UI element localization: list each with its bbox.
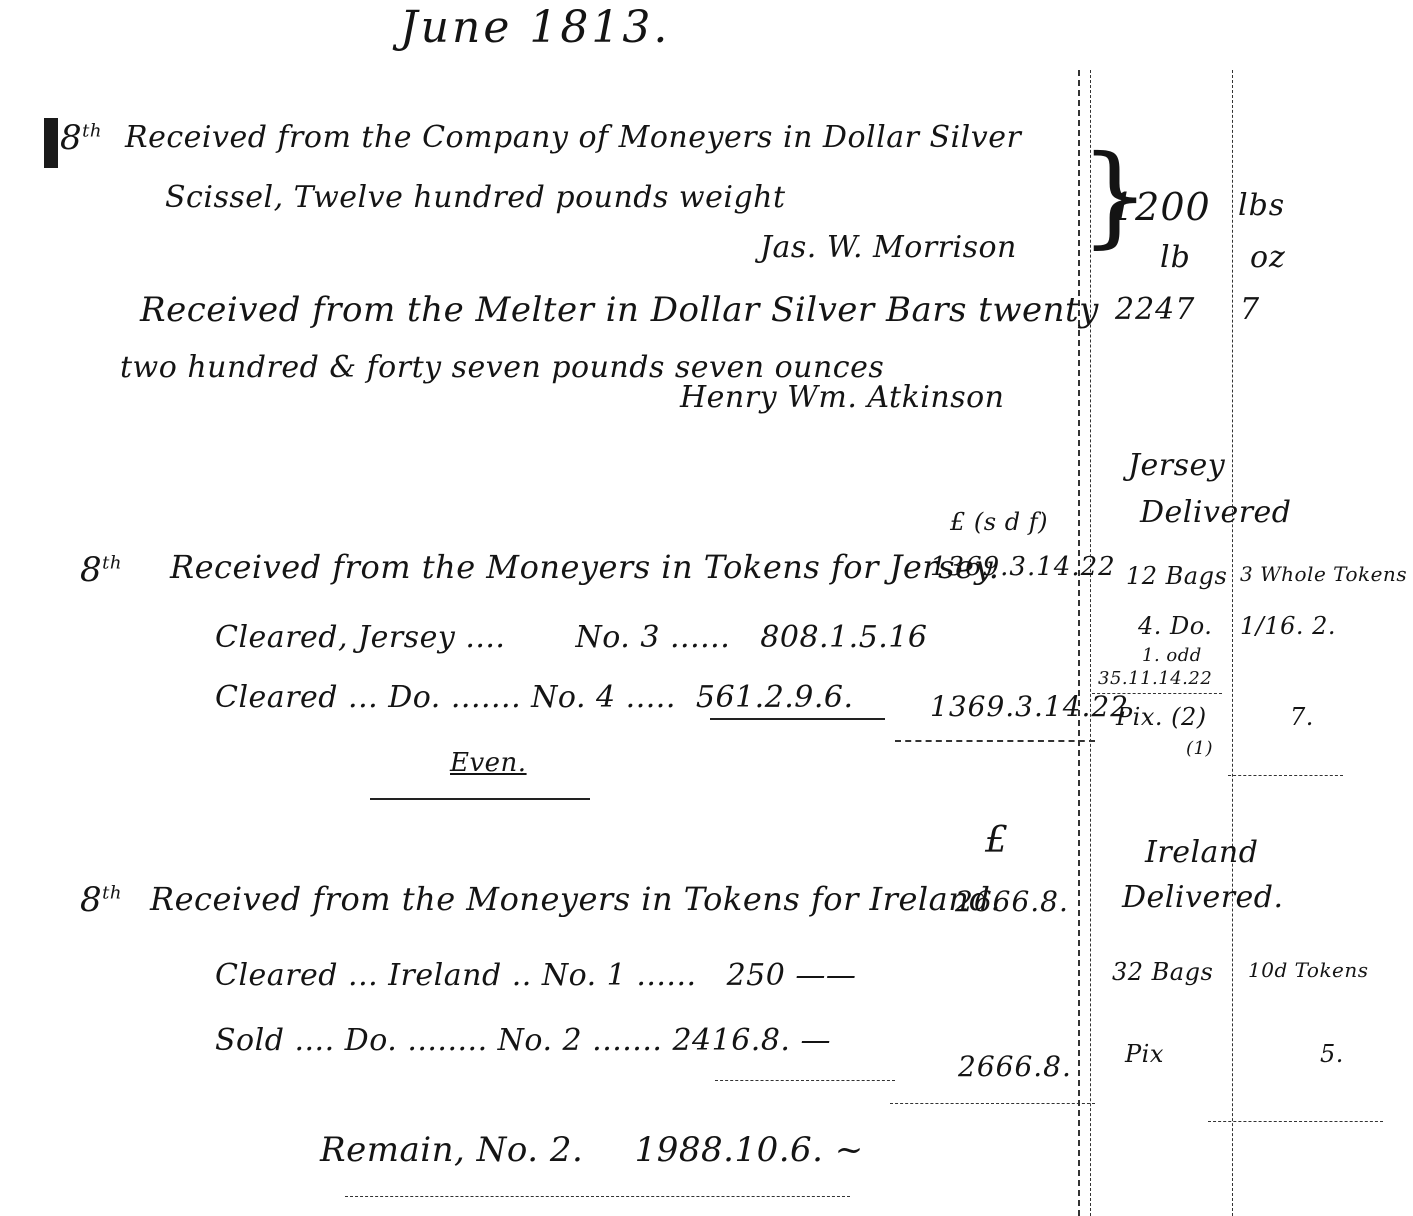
entry-1-line-2: Scissel, Twelve hundred pounds weight	[165, 180, 786, 215]
entry-3-date: 8th	[80, 550, 122, 590]
entry-4-heading: Received from the Moneyers in Tokens for…	[150, 880, 1001, 918]
entry-3-amount: 1369.3.14.22	[930, 552, 1116, 582]
page-title: June 1813.	[400, 2, 670, 53]
entry-4-amount: 2666.8.	[955, 885, 1069, 918]
ireland-col-header-2: Delivered.	[1122, 880, 1284, 915]
entry-3-heading: Received from the Moneyers in Tokens for…	[170, 548, 999, 586]
jersey-row-2-right: 1/16. 2.	[1240, 612, 1336, 640]
ireland-row-1-right: 10d Tokens	[1248, 958, 1369, 982]
binding-mark	[44, 118, 58, 168]
entry-2-unit-lb: lb	[1160, 240, 1191, 275]
entry-2-line-1: Received from the Melter in Dollar Silve…	[140, 290, 1099, 330]
entry-4-currency-mark: £	[985, 820, 1008, 861]
entry-2-unit-oz: oz	[1250, 240, 1286, 275]
entry-3-item-1: Cleared, Jersey .... No. 3 ...... 808.1.…	[215, 620, 915, 655]
entry-3-note: Even.	[450, 748, 527, 778]
jersey-row-1-left: 12 Bags	[1126, 562, 1227, 590]
ireland-close-rule	[1208, 1121, 1383, 1122]
entry-2-amount-oz: 7	[1240, 292, 1260, 327]
entry-1-unit: lbs	[1238, 188, 1285, 223]
ireland-row-1-left: 32 Bags	[1112, 958, 1213, 986]
entry-3-total-rule	[895, 740, 1095, 742]
entry-3-subtotal-rule	[710, 718, 885, 720]
jersey-row-4-left: 35.11.14.22	[1098, 668, 1212, 689]
entry-3-total: 1369.3.14.22	[930, 690, 1129, 723]
jersey-row-3-left: 1. odd	[1142, 645, 1202, 666]
entry-4-item-2: Sold .... Do. ........ No. 2 ....... 241…	[215, 1023, 915, 1058]
jersey-row-6-left: (1)	[1186, 738, 1213, 759]
jersey-row-5-right: 7.	[1290, 703, 1314, 731]
jersey-row-1-right: 3 Whole Tokens	[1240, 562, 1407, 586]
jersey-col-header-2: Delivered	[1140, 495, 1292, 530]
remainder-line: Remain, No. 2. 1988.10.6. ~	[320, 1130, 864, 1170]
entry-4-total: 2666.8.	[958, 1050, 1072, 1083]
column-rule-right	[1232, 70, 1233, 1216]
entry-4-date: 8th	[80, 880, 122, 920]
jersey-subtotal-rule	[1092, 693, 1222, 694]
entry-1-signature: Jas. W. Morrison	[760, 230, 1017, 265]
entry-4-item-1: Cleared ... Ireland .. No. 1 ...... 250 …	[215, 958, 915, 993]
jersey-close-rule	[1228, 775, 1343, 776]
ireland-row-2-left: Pix	[1125, 1040, 1164, 1068]
entry-1-date: 8th	[60, 118, 102, 158]
entry-1-amount: 1200	[1110, 185, 1211, 229]
entry-1-line-1: Received from the Company of Moneyers in…	[125, 120, 1021, 155]
ireland-row-2-right: 5.	[1320, 1040, 1344, 1068]
entry-2-amount-lb: 2247	[1115, 292, 1195, 327]
entry-2-signature: Henry Wm. Atkinson	[680, 380, 1004, 415]
remainder-rule	[345, 1196, 850, 1197]
entry-3-item-2: Cleared ... Do. ....... No. 4 ..... 561.…	[215, 680, 915, 715]
jersey-row-5-left: Pix. (2)	[1116, 703, 1207, 731]
entry-3-close-rule	[370, 798, 590, 800]
ireland-col-header-1: Ireland	[1145, 835, 1258, 870]
entry-4-total-rule	[890, 1103, 1095, 1104]
jersey-row-2-left: 4. Do.	[1138, 612, 1212, 640]
entry-4-subtotal-rule	[715, 1080, 895, 1081]
entry-3-currency-mark: £ (s d f)	[950, 508, 1048, 536]
jersey-col-header-1: Jersey	[1128, 448, 1225, 483]
